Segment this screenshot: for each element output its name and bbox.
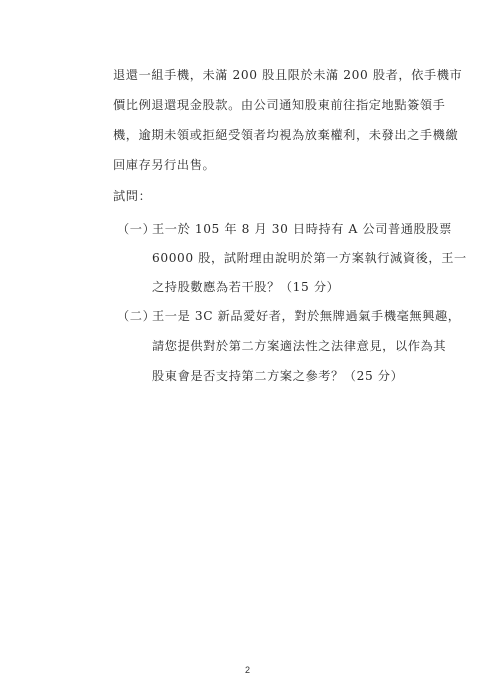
page-number: 2 (0, 665, 495, 675)
question-2-line-1: 王一是 3C 新品愛好者，對於無牌過氣手機毫無興趣， (152, 308, 461, 324)
paragraph-line-3: 機，逾期未領或拒絕受領者均視為放棄權利，未發出之手機繳 (113, 127, 458, 143)
question-2-line-3: 股東會是否支持第二方案之參考？（25 分） (152, 368, 403, 384)
paragraph-line-2: 價比例退還現金股款。由公司通知股東前往指定地點簽領手 (113, 97, 445, 113)
question-1-line-2: 60000 股，試附理由說明於第一方案執行減資後，王一 (152, 250, 467, 266)
question-heading: 試問： (113, 188, 151, 204)
paragraph-line-1: 退還一組手機，未滿 200 股且限於未滿 200 股者，依手機市 (113, 67, 462, 83)
paragraph-line-4: 回庫存另行出售。 (113, 157, 215, 173)
question-2-line-2: 請您提供對於第二方案適法性之法律意見，以作為其 (152, 338, 446, 354)
question-1-number: （一） (117, 221, 155, 237)
question-1-line-1: 王一於 105 年 8 月 30 日時持有 A 公司普通股股票 (152, 221, 452, 237)
question-2-number: （二） (117, 308, 155, 324)
question-1-line-3: 之持股數應為若干股？（15 分） (152, 279, 339, 295)
document-page: 退還一組手機，未滿 200 股且限於未滿 200 股者，依手機市 價比例退還現金… (0, 0, 495, 700)
